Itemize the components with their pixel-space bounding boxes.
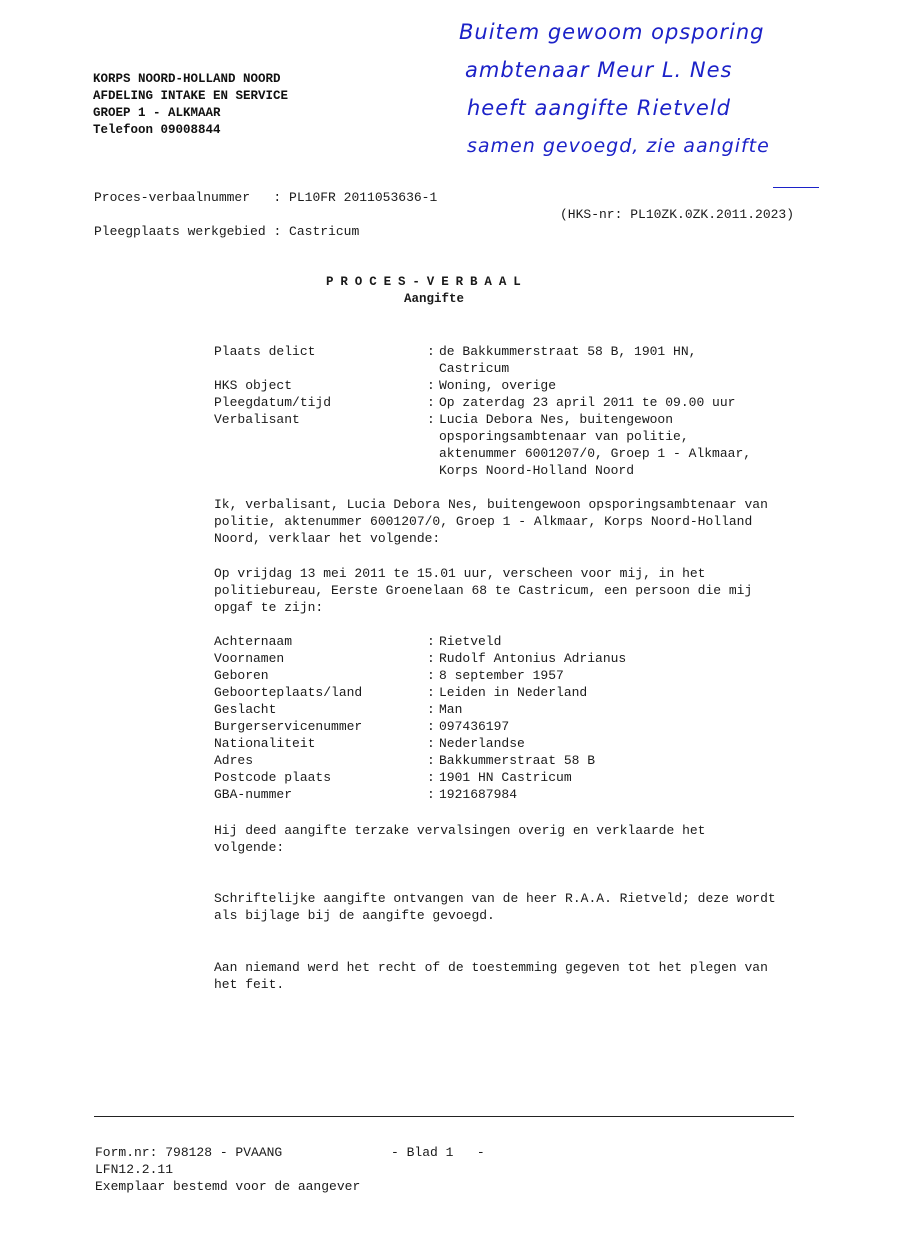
field-separator: : (427, 701, 439, 718)
field-separator: : (427, 769, 439, 786)
form-code: LFN12.2.11 (95, 1161, 173, 1178)
consent-paragraph: Aan niemand werd het recht of de toestem… (214, 959, 804, 993)
paragraph-line: Aan niemand werd het recht of de toestem… (214, 959, 804, 976)
paragraph-line: Op vrijdag 13 mei 2011 te 15.01 uur, ver… (214, 565, 804, 582)
field-label: Burgerservicenummer (214, 718, 427, 735)
org-line: Telefoon 09008844 (93, 122, 288, 139)
field-value: aktenummer 6001207/0, Groep 1 - Alkmaar, (439, 445, 789, 462)
copy-note: Exemplaar bestemd voor de aangever (95, 1178, 360, 1195)
field-label: Geslacht (214, 701, 427, 718)
field-separator: : (427, 786, 439, 803)
document-subtitle: Aangifte (404, 291, 464, 308)
hks-reference: (HKS-nr: PL10ZK.0ZK.2011.2023) (560, 206, 794, 223)
person-row: Adres:Bakkummerstraat 58 B (214, 752, 789, 769)
field-separator: : (427, 752, 439, 769)
person-row: Nationaliteit:Nederlandse (214, 735, 789, 752)
document-title: PROCES-VERBAAL (326, 274, 528, 291)
incident-details: Plaats delict : de Bakkummerstraat 58 B,… (214, 343, 789, 479)
area-value: Castricum (289, 224, 359, 239)
field-separator: : (427, 667, 439, 684)
field-label: Postcode plaats (214, 769, 427, 786)
paragraph-line: volgende: (214, 839, 804, 856)
field-label: Verbalisant (214, 411, 427, 479)
field-label: HKS object (214, 377, 427, 394)
field-label: Adres (214, 752, 427, 769)
pv-number-label: Proces-verbaalnummer (94, 190, 250, 205)
handwritten-underline (773, 187, 819, 188)
org-line: KORPS NOORD-HOLLAND NOORD (93, 71, 288, 88)
incident-row: HKS object : Woning, overige (214, 377, 789, 394)
footer-divider (94, 1116, 794, 1117)
field-value: Korps Noord-Holland Noord (439, 462, 789, 479)
field-value: opsporingsambtenaar van politie, (439, 428, 789, 445)
field-value: Rudolf Antonius Adrianus (439, 650, 789, 667)
person-row: Geboren:8 september 1957 (214, 667, 789, 684)
paragraph-line: Noord, verklaar het volgende: (214, 530, 804, 547)
field-label: Geboren (214, 667, 427, 684)
person-row: Geslacht:Man (214, 701, 789, 718)
statement-intro: Ik, verbalisant, Lucia Debora Nes, buite… (214, 496, 804, 547)
paragraph-line: Schriftelijke aangifte ontvangen van de … (214, 890, 804, 907)
field-value: Op zaterdag 23 april 2011 te 09.00 uur (439, 394, 789, 411)
person-details: Achternaam:RietveldVoornamen:Rudolf Anto… (214, 633, 789, 803)
incident-row: Pleegdatum/tijd : Op zaterdag 23 april 2… (214, 394, 789, 411)
person-row: Burgerservicenummer:097436197 (214, 718, 789, 735)
paragraph-line: politiebureau, Eerste Groenelaan 68 te C… (214, 582, 804, 599)
field-separator: : (427, 650, 439, 667)
field-value: Rietveld (439, 633, 789, 650)
field-label: Pleegdatum/tijd (214, 394, 427, 411)
field-label: Nationaliteit (214, 735, 427, 752)
paragraph-line: als bijlage bij de aangifte gevoegd. (214, 907, 804, 924)
paragraph-line: Hij deed aangifte terzake vervalsingen o… (214, 822, 804, 839)
paragraph-line: het feit. (214, 976, 804, 993)
handwritten-line: samen gevoegd, zie aangifte (455, 134, 895, 154)
person-row: Geboorteplaats/land:Leiden in Nederland (214, 684, 789, 701)
person-row: Postcode plaats:1901 HN Castricum (214, 769, 789, 786)
field-separator: : (427, 684, 439, 701)
paragraph-line: opgaf te zijn: (214, 599, 804, 616)
declaration-paragraph: Hij deed aangifte terzake vervalsingen o… (214, 822, 804, 856)
org-line: AFDELING INTAKE EN SERVICE (93, 88, 288, 105)
person-row: Achternaam:Rietveld (214, 633, 789, 650)
field-separator: : (427, 718, 439, 735)
field-value: 1921687984 (439, 786, 789, 803)
page-number: - Blad 1 - (391, 1144, 485, 1161)
field-value: Man (439, 701, 789, 718)
field-value: Lucia Debora Nes, buitengewoon (439, 411, 789, 428)
field-value: Nederlandse (439, 735, 789, 752)
field-label: Plaats delict (214, 343, 427, 377)
area-row: Pleegplaats werkgebied : Castricum (94, 223, 359, 240)
field-label: Geboorteplaats/land (214, 684, 427, 701)
field-value: 1901 HN Castricum (439, 769, 789, 786)
person-row: Voornamen:Rudolf Antonius Adrianus (214, 650, 789, 667)
pv-number-row: Proces-verbaalnummer : PL10FR 2011053636… (94, 189, 437, 206)
handwritten-note: Buitem gewoom opsporing ambtenaar Meur L… (455, 20, 895, 154)
org-line: GROEP 1 - ALKMAAR (93, 105, 288, 122)
field-value: 097436197 (439, 718, 789, 735)
field-value: Woning, overige (439, 377, 789, 394)
field-separator: : (427, 735, 439, 752)
form-number: Form.nr: 798128 - PVAANG (95, 1144, 282, 1161)
written-report-paragraph: Schriftelijke aangifte ontvangen van de … (214, 890, 804, 924)
incident-row: Verbalisant : Lucia Debora Nes, buitenge… (214, 411, 789, 479)
area-label: Pleegplaats werkgebied (94, 224, 266, 239)
person-row: GBA-nummer:1921687984 (214, 786, 789, 803)
field-value: 8 september 1957 (439, 667, 789, 684)
field-value: Bakkummerstraat 58 B (439, 752, 789, 769)
field-value: Leiden in Nederland (439, 684, 789, 701)
appearance-paragraph: Op vrijdag 13 mei 2011 te 15.01 uur, ver… (214, 565, 804, 616)
handwritten-line: ambtenaar Meur L. Nes (455, 58, 895, 96)
field-separator: : (427, 633, 439, 650)
paragraph-line: Ik, verbalisant, Lucia Debora Nes, buite… (214, 496, 804, 513)
field-value: de Bakkummerstraat 58 B, 1901 HN, (439, 343, 789, 360)
field-label: Achternaam (214, 633, 427, 650)
paragraph-line: politie, aktenummer 6001207/0, Groep 1 -… (214, 513, 804, 530)
organization-header: KORPS NOORD-HOLLAND NOORD AFDELING INTAK… (93, 71, 288, 139)
field-label: GBA-nummer (214, 786, 427, 803)
field-value: Castricum (439, 360, 789, 377)
field-label: Voornamen (214, 650, 427, 667)
incident-row: Plaats delict : de Bakkummerstraat 58 B,… (214, 343, 789, 377)
handwritten-line: heeft aangifte Rietveld (455, 96, 895, 134)
pv-number-value: PL10FR 2011053636-1 (289, 190, 437, 205)
handwritten-line: Buitem gewoom opsporing (455, 20, 895, 58)
